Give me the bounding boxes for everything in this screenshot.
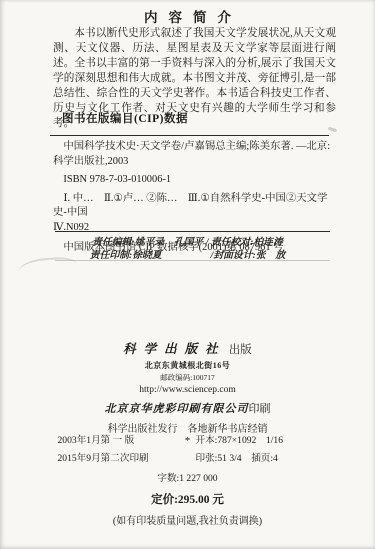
cip-classification-line1: Ⅰ. 中… Ⅱ.①卢… ②陈… Ⅲ.①自然科学史-中国②天文学史-中国	[53, 192, 340, 221]
divider-rule-top	[50, 135, 329, 136]
printer-line: 北京京华虎彩印刷有限公司印刷	[0, 400, 375, 416]
content-summary-title: 内容简介	[0, 6, 375, 26]
divider-rule-credits-top	[55, 231, 330, 232]
edition-info-block: 2003年1月第 一 版 开本:787×1092 1/16 2015年9月第二次…	[0, 432, 375, 527]
first-edition-date: 2003年1月第 一 版	[58, 432, 180, 446]
publisher-postcode: 邮政编码:100717	[0, 372, 375, 383]
divider-rule-credits-bottom	[55, 260, 330, 261]
second-printing-date: 2015年9月第二次印刷	[58, 450, 180, 464]
publisher-website: http://www.sciencep.com	[0, 385, 375, 395]
cip-section-header: 图书在版编目(CIP)数据	[62, 110, 188, 126]
credits-line-editors: 责任编辑:姚平录 孔国平 / 责任校对:柏连涛	[0, 236, 375, 249]
publisher-colophon: 科学出版社 出版 北京东黄城根北街16号 邮政编码:100717 http://…	[0, 339, 375, 445]
publish-label: 出版	[229, 344, 252, 356]
cip-classification-line2: Ⅳ.N092	[53, 221, 340, 236]
edition-row-2: 2015年9月第二次印刷 印张:51 3/4 插页:4	[0, 450, 375, 464]
publisher-name-line: 科学出版社 出版	[0, 339, 375, 357]
price-line: 定价:295.00 元	[0, 491, 375, 507]
publisher-name: 科学出版社	[123, 342, 226, 356]
printer-label: 印刷	[249, 403, 271, 415]
format-spec: 开本:787×1092 1/16	[196, 432, 318, 446]
word-count: 字数:1 227 000	[0, 470, 375, 484]
cip-title-line: 中国科学技术史·天文学卷/卢嘉锡总主编;陈美东著. —北京:科学出版社,2003	[53, 140, 340, 169]
edition-row-1: 2003年1月第 一 版 开本:787×1092 1/16	[0, 432, 375, 446]
quality-note: (如有印装质量问题,我社负责调换)	[0, 512, 375, 527]
publisher-address: 北京东黄城根北街16号	[0, 360, 375, 371]
isbn-line: ISBN 978-7-03-010006-1	[53, 173, 340, 188]
sheets-inserts: 印张:51 3/4 插页:4	[196, 450, 318, 464]
book-copyright-page: 内容简介 本书以断代史形式叙述了我国天文学发展状况,从天文观测、天文仪器、历法、…	[0, 0, 375, 549]
printer-name: 北京京华虎彩印刷有限公司	[105, 403, 249, 415]
